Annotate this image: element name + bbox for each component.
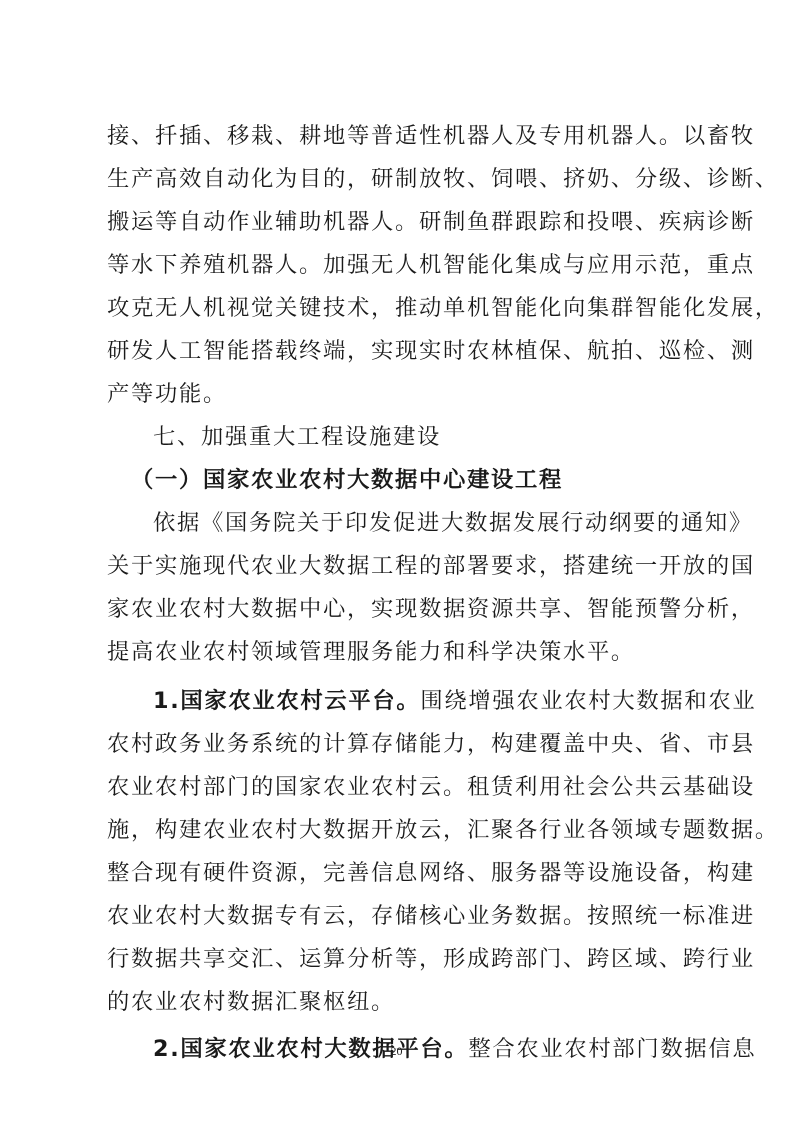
text-line: 研发人工智能搭载终端，实现实时农林植保、航拍、巡检、测 [107,330,689,373]
paragraph-intro: 依据《国务院关于印发促进大数据发展行动纲要的通知》 关于实施现代农业大数据工程的… [107,502,689,674]
item-1-text: 围绕增强农业农村大数据和农业 [420,688,756,714]
text-line: 搬运等自动作业辅助机器人。研制鱼群跟踪和投喂、疾病诊断 [107,201,689,244]
section-heading: 七、加强重大工程设施建设 [107,416,689,459]
page-number: 20 [0,1044,793,1059]
text-line: 农村政务业务系统的计算存储能力，构建覆盖中央、省、市县 [107,723,689,766]
text-line: 施，构建农业农村大数据开放云，汇聚各行业各领域专题数据。 [107,809,689,852]
text-line: 农业农村大数据专有云，存储核心业务数据。按照统一标准进 [107,895,689,938]
item-1-title: 1.国家农业农村云平台。 [153,688,420,714]
text-line: 的农业农村数据汇聚枢纽。 [107,981,689,1024]
item-1-cloud-platform: 1.国家农业农村云平台。围绕增强农业农村大数据和农业 农村政务业务系统的计算存储… [107,680,689,1024]
text-line: 产等功能。 [107,373,689,416]
text-line: 攻克无人机视觉关键技术，推动单机智能化向集群智能化发展， [107,287,689,330]
text-line: 关于实施现代农业大数据工程的部署要求，搭建统一开放的国 [107,545,689,588]
paragraph-robots: 接、扦插、移栽、耕地等普适性机器人及专用机器人。以畜牧 生产高效自动化为目的，研… [107,115,689,416]
text-line: 提高农业农村领域管理服务能力和科学决策水平。 [107,631,689,674]
text-line: 1.国家农业农村云平台。围绕增强农业农村大数据和农业 [107,680,689,723]
text-line: 整合现有硬件资源，完善信息网络、服务器等设施设备，构建 [107,852,689,895]
document-page: 接、扦插、移栽、耕地等普适性机器人及专用机器人。以畜牧 生产高效自动化为目的，研… [107,115,689,1071]
text-line: 行数据共享交汇、运算分析等，形成跨部门、跨区域、跨行业 [107,938,689,981]
text-line: 生产高效自动化为目的，研制放牧、饲喂、挤奶、分级、诊断、 [107,158,689,201]
text-line: 等水下养殖机器人。加强无人机智能化集成与应用示范，重点 [107,244,689,287]
text-line: 接、扦插、移栽、耕地等普适性机器人及专用机器人。以畜牧 [107,115,689,158]
text-line: 家农业农村大数据中心，实现数据资源共享、智能预警分析， [107,588,689,631]
text-line: 农业农村部门的国家农业农村云。租赁利用社会公共云基础设 [107,766,689,809]
text-line: 依据《国务院关于印发促进大数据发展行动纲要的通知》 [107,502,689,545]
subsection-heading: （一）国家农业农村大数据中心建设工程 [107,459,689,502]
